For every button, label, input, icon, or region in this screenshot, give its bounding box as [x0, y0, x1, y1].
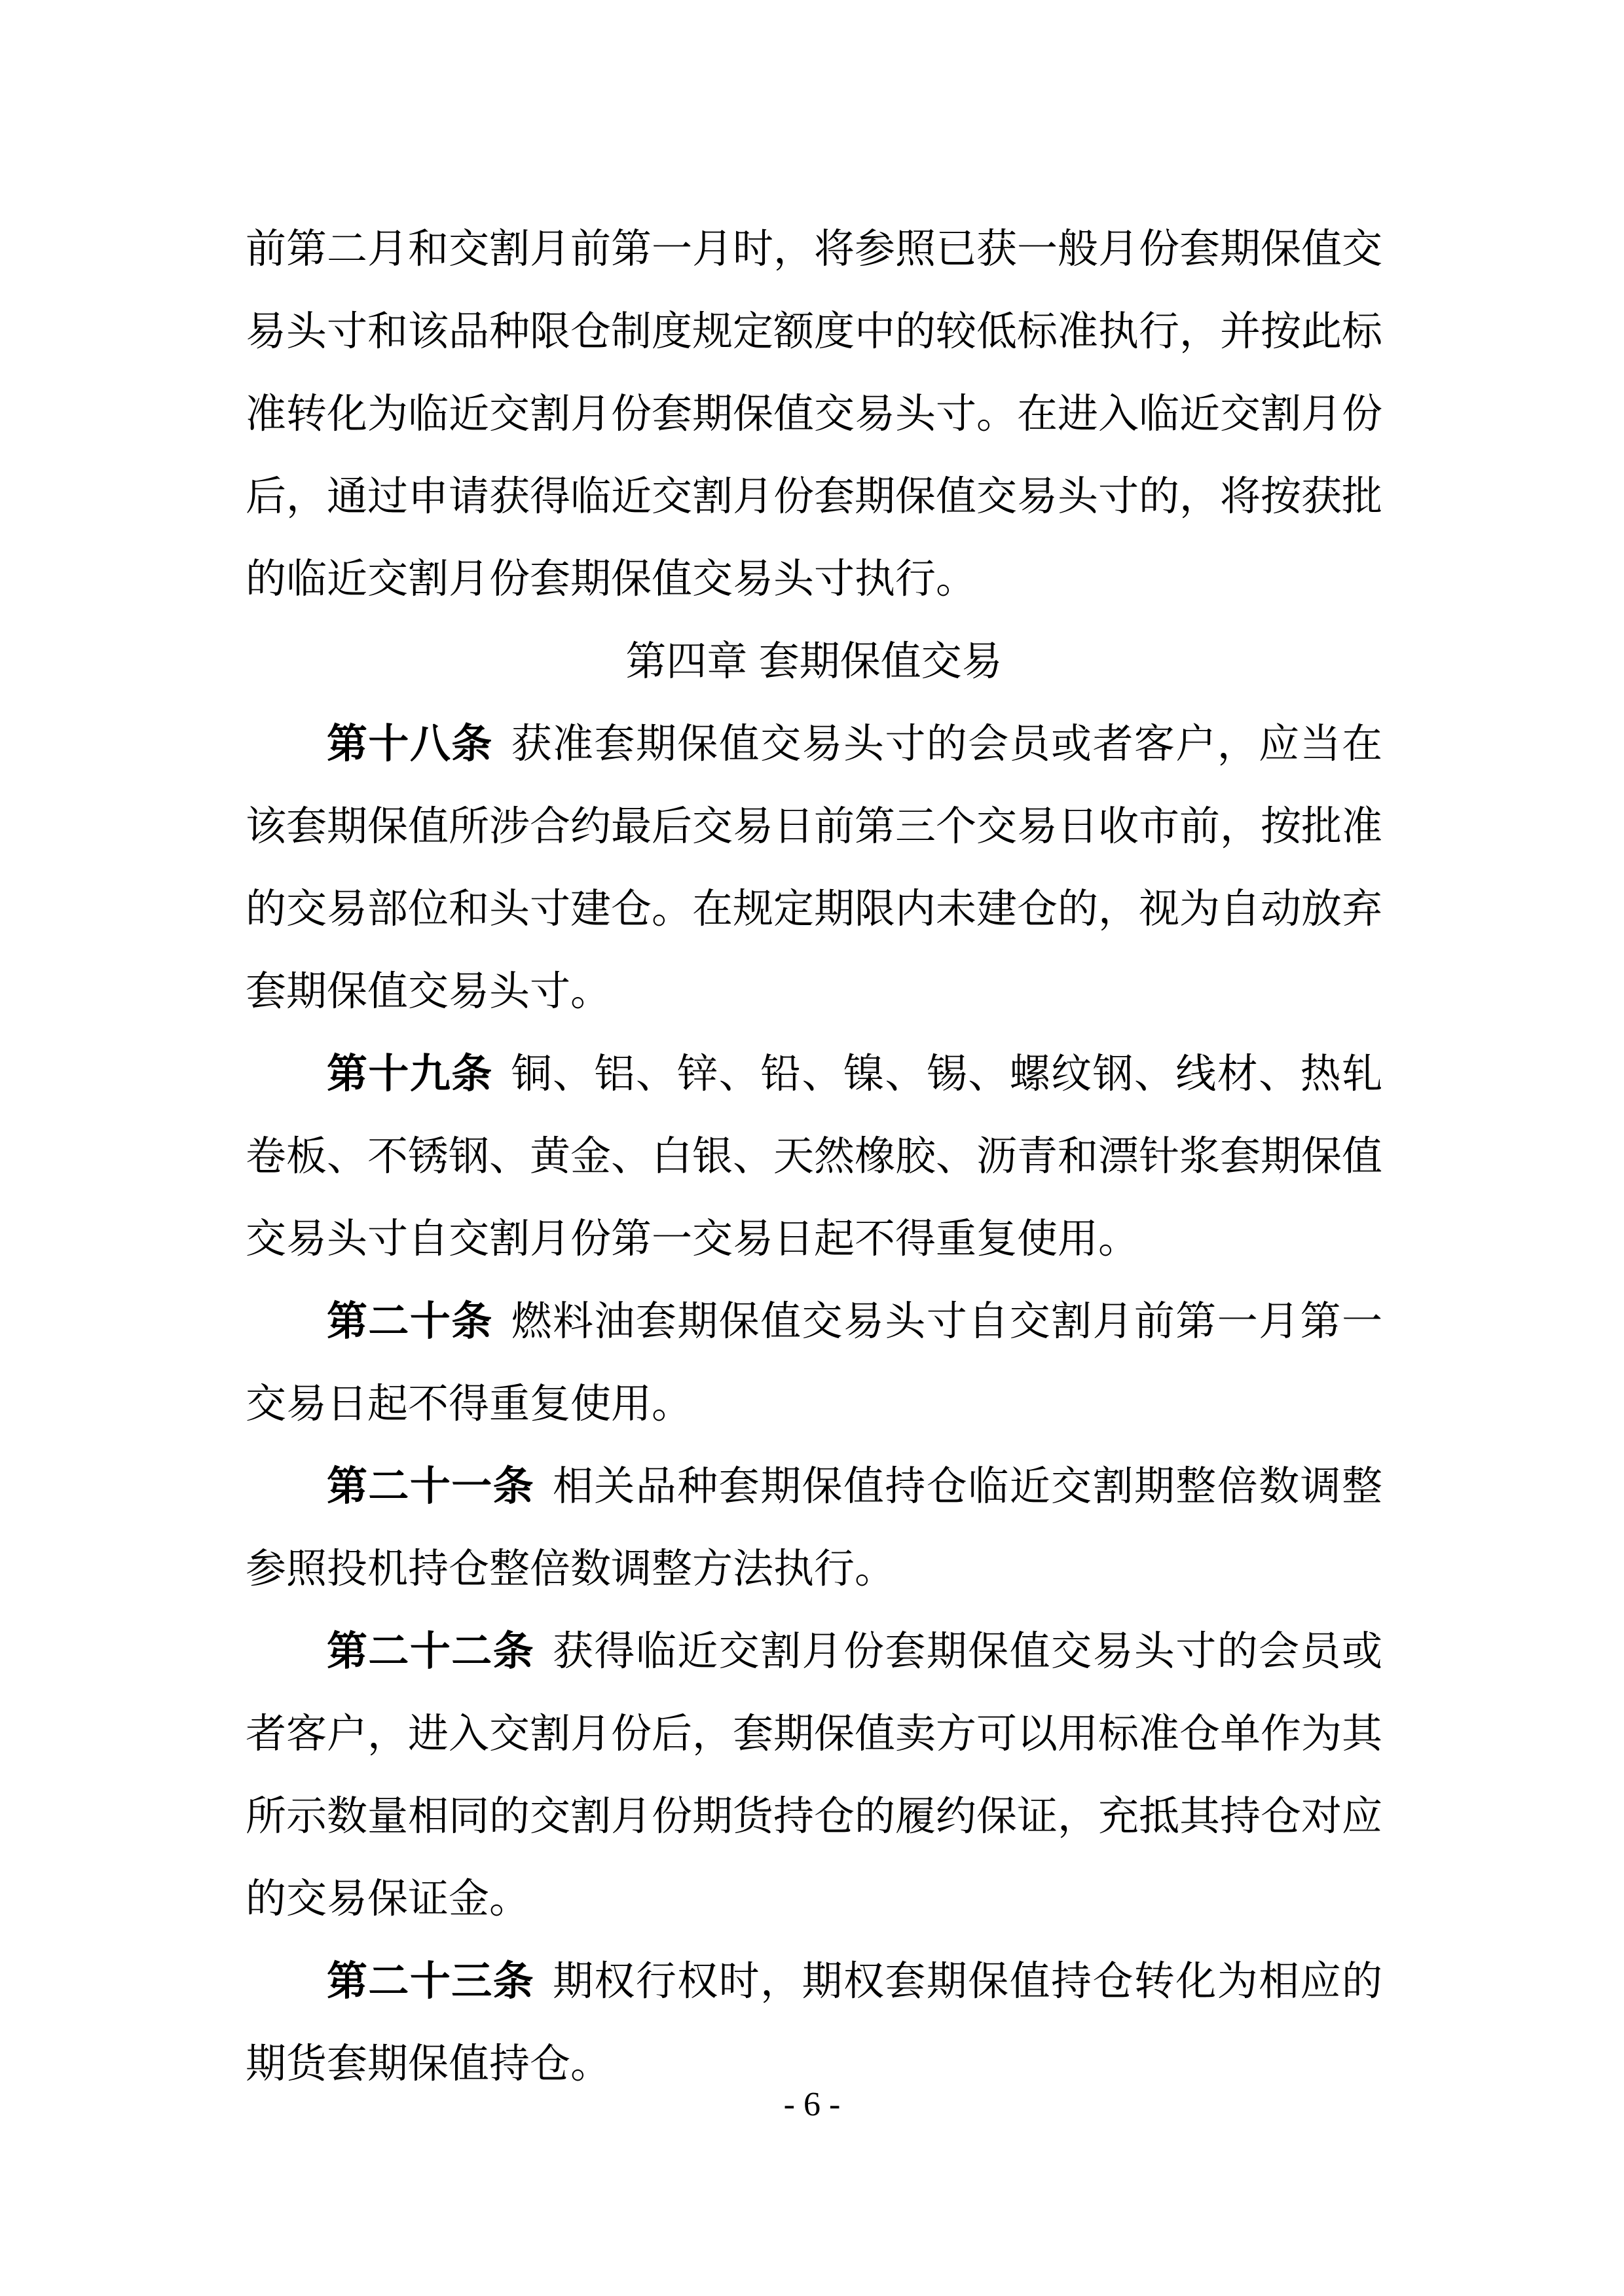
paragraph-text: 前第二月和交割月前第一月时，将参照已获一般月份套期保值交易头寸和该品种限仓制度规…: [246, 227, 1382, 602]
article-number: 第二十二条: [327, 1629, 534, 1674]
article-paragraph: 第十八条获准套期保值交易头寸的会员或者客户，应当在该套期保值所涉合约最后交易日前…: [246, 703, 1382, 1033]
article-number: 第十八条: [327, 721, 493, 767]
document-page: 前第二月和交割月前第一月时，将参照已获一般月份套期保值交易头寸和该品种限仓制度规…: [0, 0, 1624, 2296]
page-number: - 6 -: [0, 2085, 1624, 2124]
article-paragraph: 第二十二条获得临近交割月份套期保值交易头寸的会员或者客户，进入交割月份后，套期保…: [246, 1611, 1382, 1941]
article-number: 第十九条: [327, 1051, 493, 1097]
article-paragraph: 第二十条燃料油套期保值交易头寸自交割月前第一月第一交易日起不得重复使用。: [246, 1281, 1382, 1446]
document-body: 前第二月和交割月前第一月时，将参照已获一般月份套期保值交易头寸和该品种限仓制度规…: [246, 208, 1382, 2105]
article-number: 第二十条: [327, 1299, 493, 1344]
article-paragraph: 第十九条铜、铝、锌、铅、镍、锡、螺纹钢、线材、热轧卷板、不锈钢、黄金、白银、天然…: [246, 1033, 1382, 1281]
article-paragraph: 第二十一条相关品种套期保值持仓临近交割期整倍数调整参照投机持仓整倍数调整方法执行…: [246, 1446, 1382, 1611]
chapter-heading: 第四章 套期保值交易: [246, 621, 1382, 703]
article-number: 第二十三条: [327, 1959, 534, 2004]
chapter-heading-text: 第四章 套期保值交易: [625, 639, 1002, 684]
article-number: 第二十一条: [327, 1464, 534, 1509]
article-paragraph: 第二十三条期权行权时，期权套期保值持仓转化为相应的期货套期保值持仓。: [246, 1941, 1382, 2105]
continuation-paragraph: 前第二月和交割月前第一月时，将参照已获一般月份套期保值交易头寸和该品种限仓制度规…: [246, 208, 1382, 621]
